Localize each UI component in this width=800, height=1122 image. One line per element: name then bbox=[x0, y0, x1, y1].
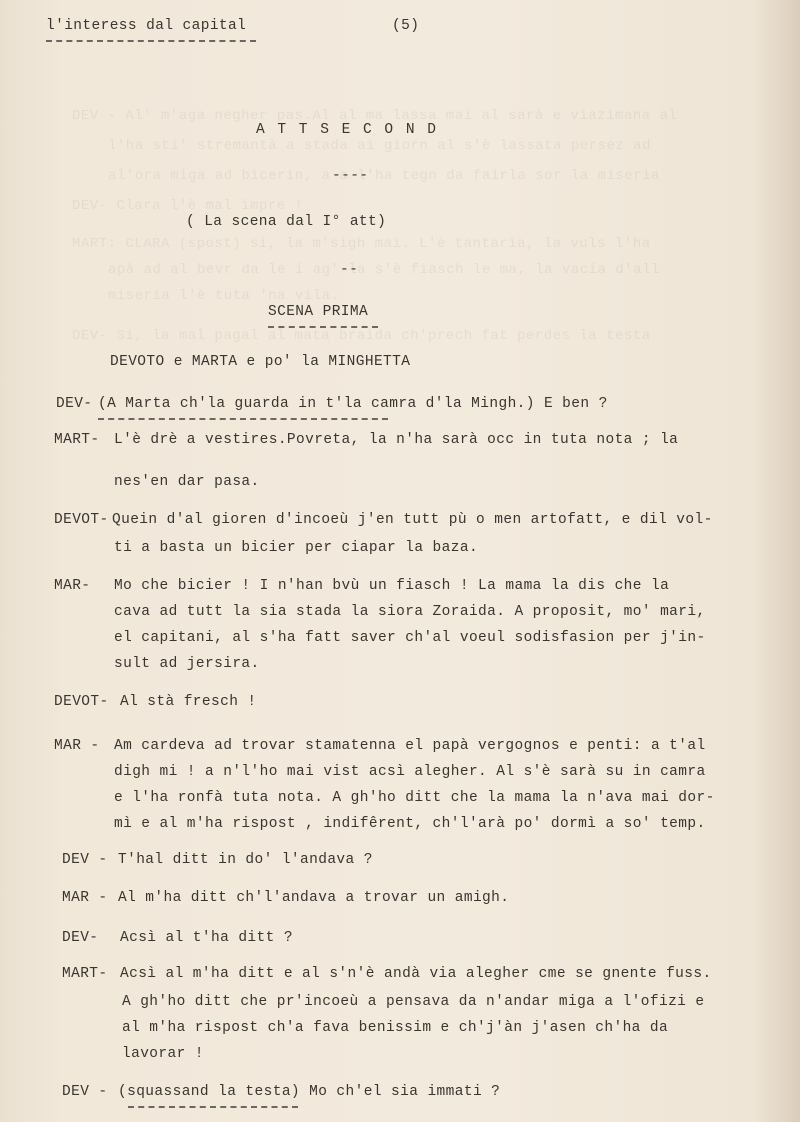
speaker-label: DEV - bbox=[62, 852, 108, 868]
stage-direction-underline bbox=[98, 418, 388, 420]
scene-title-underline bbox=[268, 326, 378, 328]
speaker-label: DEVOT- bbox=[54, 694, 109, 710]
dialogue-line: T'hal ditt in do' l'andava ? bbox=[118, 852, 373, 868]
stage-direction-underline bbox=[128, 1106, 298, 1108]
speaker-label: DEV - bbox=[62, 1084, 108, 1100]
characters-list: DEVOTO e MARTA e po' la MINGHETTA bbox=[110, 354, 410, 370]
document-title: l'interess dal capital bbox=[46, 18, 246, 34]
dialogue-line: ti a basta un bicier per ciapar la baza. bbox=[114, 540, 478, 556]
speaker-label: MART- bbox=[54, 432, 100, 448]
speaker-label: MAR - bbox=[54, 738, 100, 754]
dialogue-line: nes'en dar pasa. bbox=[114, 474, 260, 490]
dialogue-line: al m'ha rispost ch'a fava benissim e ch'… bbox=[122, 1020, 668, 1036]
scene-title: SCENA PRIMA bbox=[268, 304, 368, 320]
dialogue-line: Quein d'al gioren d'incoeù j'en tutt pù … bbox=[112, 512, 713, 528]
dialogue-line: Acsì al m'ha ditt e al s'n'è andà via al… bbox=[120, 966, 712, 982]
dialogue-line: cava ad tutt la sia stada la siora Zorai… bbox=[114, 604, 706, 620]
speaker-label: MAR - bbox=[62, 890, 108, 906]
bleed-through-line: DEV- Clara l'è mal impre ! bbox=[72, 198, 303, 214]
speaker-label: MART- bbox=[62, 966, 108, 982]
dialogue-line: Acsì al t'ha ditt ? bbox=[120, 930, 293, 946]
dialogue-line: mì e al m'ha rispost , indifêrent, ch'l'… bbox=[114, 816, 706, 832]
bleed-through-line: miseria l'è tuta 'na vila. bbox=[108, 288, 339, 304]
bleed-through-line: MART: CLARA (spost) si, la m'sigh mai. L… bbox=[72, 236, 651, 252]
dialogue-line: L'è drè a vestires.Povreta, la n'ha sarà… bbox=[114, 432, 678, 448]
dialogue-line: lavorar ! bbox=[122, 1046, 204, 1062]
dialogue-line: Am cardeva ad trovar stamatenna el papà … bbox=[114, 738, 706, 754]
dialogue-line: (squassand la testa) Mo ch'el sia immati… bbox=[118, 1084, 500, 1100]
act-heading: A T T S E C O N D bbox=[256, 122, 438, 138]
bleed-through-line: DEV- Si, la mal pagal al mata braida ch'… bbox=[72, 328, 651, 344]
speaker-label: DEVOT- bbox=[54, 512, 109, 528]
bleed-through-line: al'ora miga ad bicerin, a a l'ha tegn da… bbox=[108, 168, 660, 184]
dialogue-line: (A Marta ch'la guarda in t'la camra d'la… bbox=[98, 396, 608, 412]
dialogue-line: digh mi ! a n'l'ho mai vist acsì alegher… bbox=[114, 764, 706, 780]
dialogue-line: A gh'ho ditt che pr'incoeù a pensava da … bbox=[122, 994, 705, 1010]
speaker-label: DEV- bbox=[56, 396, 92, 412]
speaker-label: MAR- bbox=[54, 578, 90, 594]
page-number: (5) bbox=[392, 18, 419, 34]
dialogue-line: Mo che bicier ! I n'han bvù un fiasch ! … bbox=[114, 578, 669, 594]
title-underline bbox=[46, 40, 256, 42]
dialogue-line: Al m'ha ditt ch'l'andava a trovar un ami… bbox=[118, 890, 509, 906]
act-separator-2: -- bbox=[340, 262, 358, 278]
dialogue-line: e l'ha ronfà tuta nota. A gh'ho ditt che… bbox=[114, 790, 715, 806]
speaker-label: DEV- bbox=[62, 930, 98, 946]
document-page: DEV - Al' m'aga negher pas.Al al ma lass… bbox=[0, 0, 800, 1122]
scene-setting: ( La scena dal I° att) bbox=[186, 214, 386, 230]
act-separator: ---- bbox=[332, 168, 368, 184]
dialogue-line: el capitani, al s'ha fatt saver ch'al vo… bbox=[114, 630, 706, 646]
bleed-through-line: l'ha sti' stremantà a stada ai giorn al … bbox=[108, 138, 651, 154]
bleed-through-line: apà ad al bevr da le i ag' la s'è fiasch… bbox=[108, 262, 660, 278]
dialogue-line: sult ad jersira. bbox=[114, 656, 260, 672]
dialogue-line: Al stà fresch ! bbox=[120, 694, 257, 710]
